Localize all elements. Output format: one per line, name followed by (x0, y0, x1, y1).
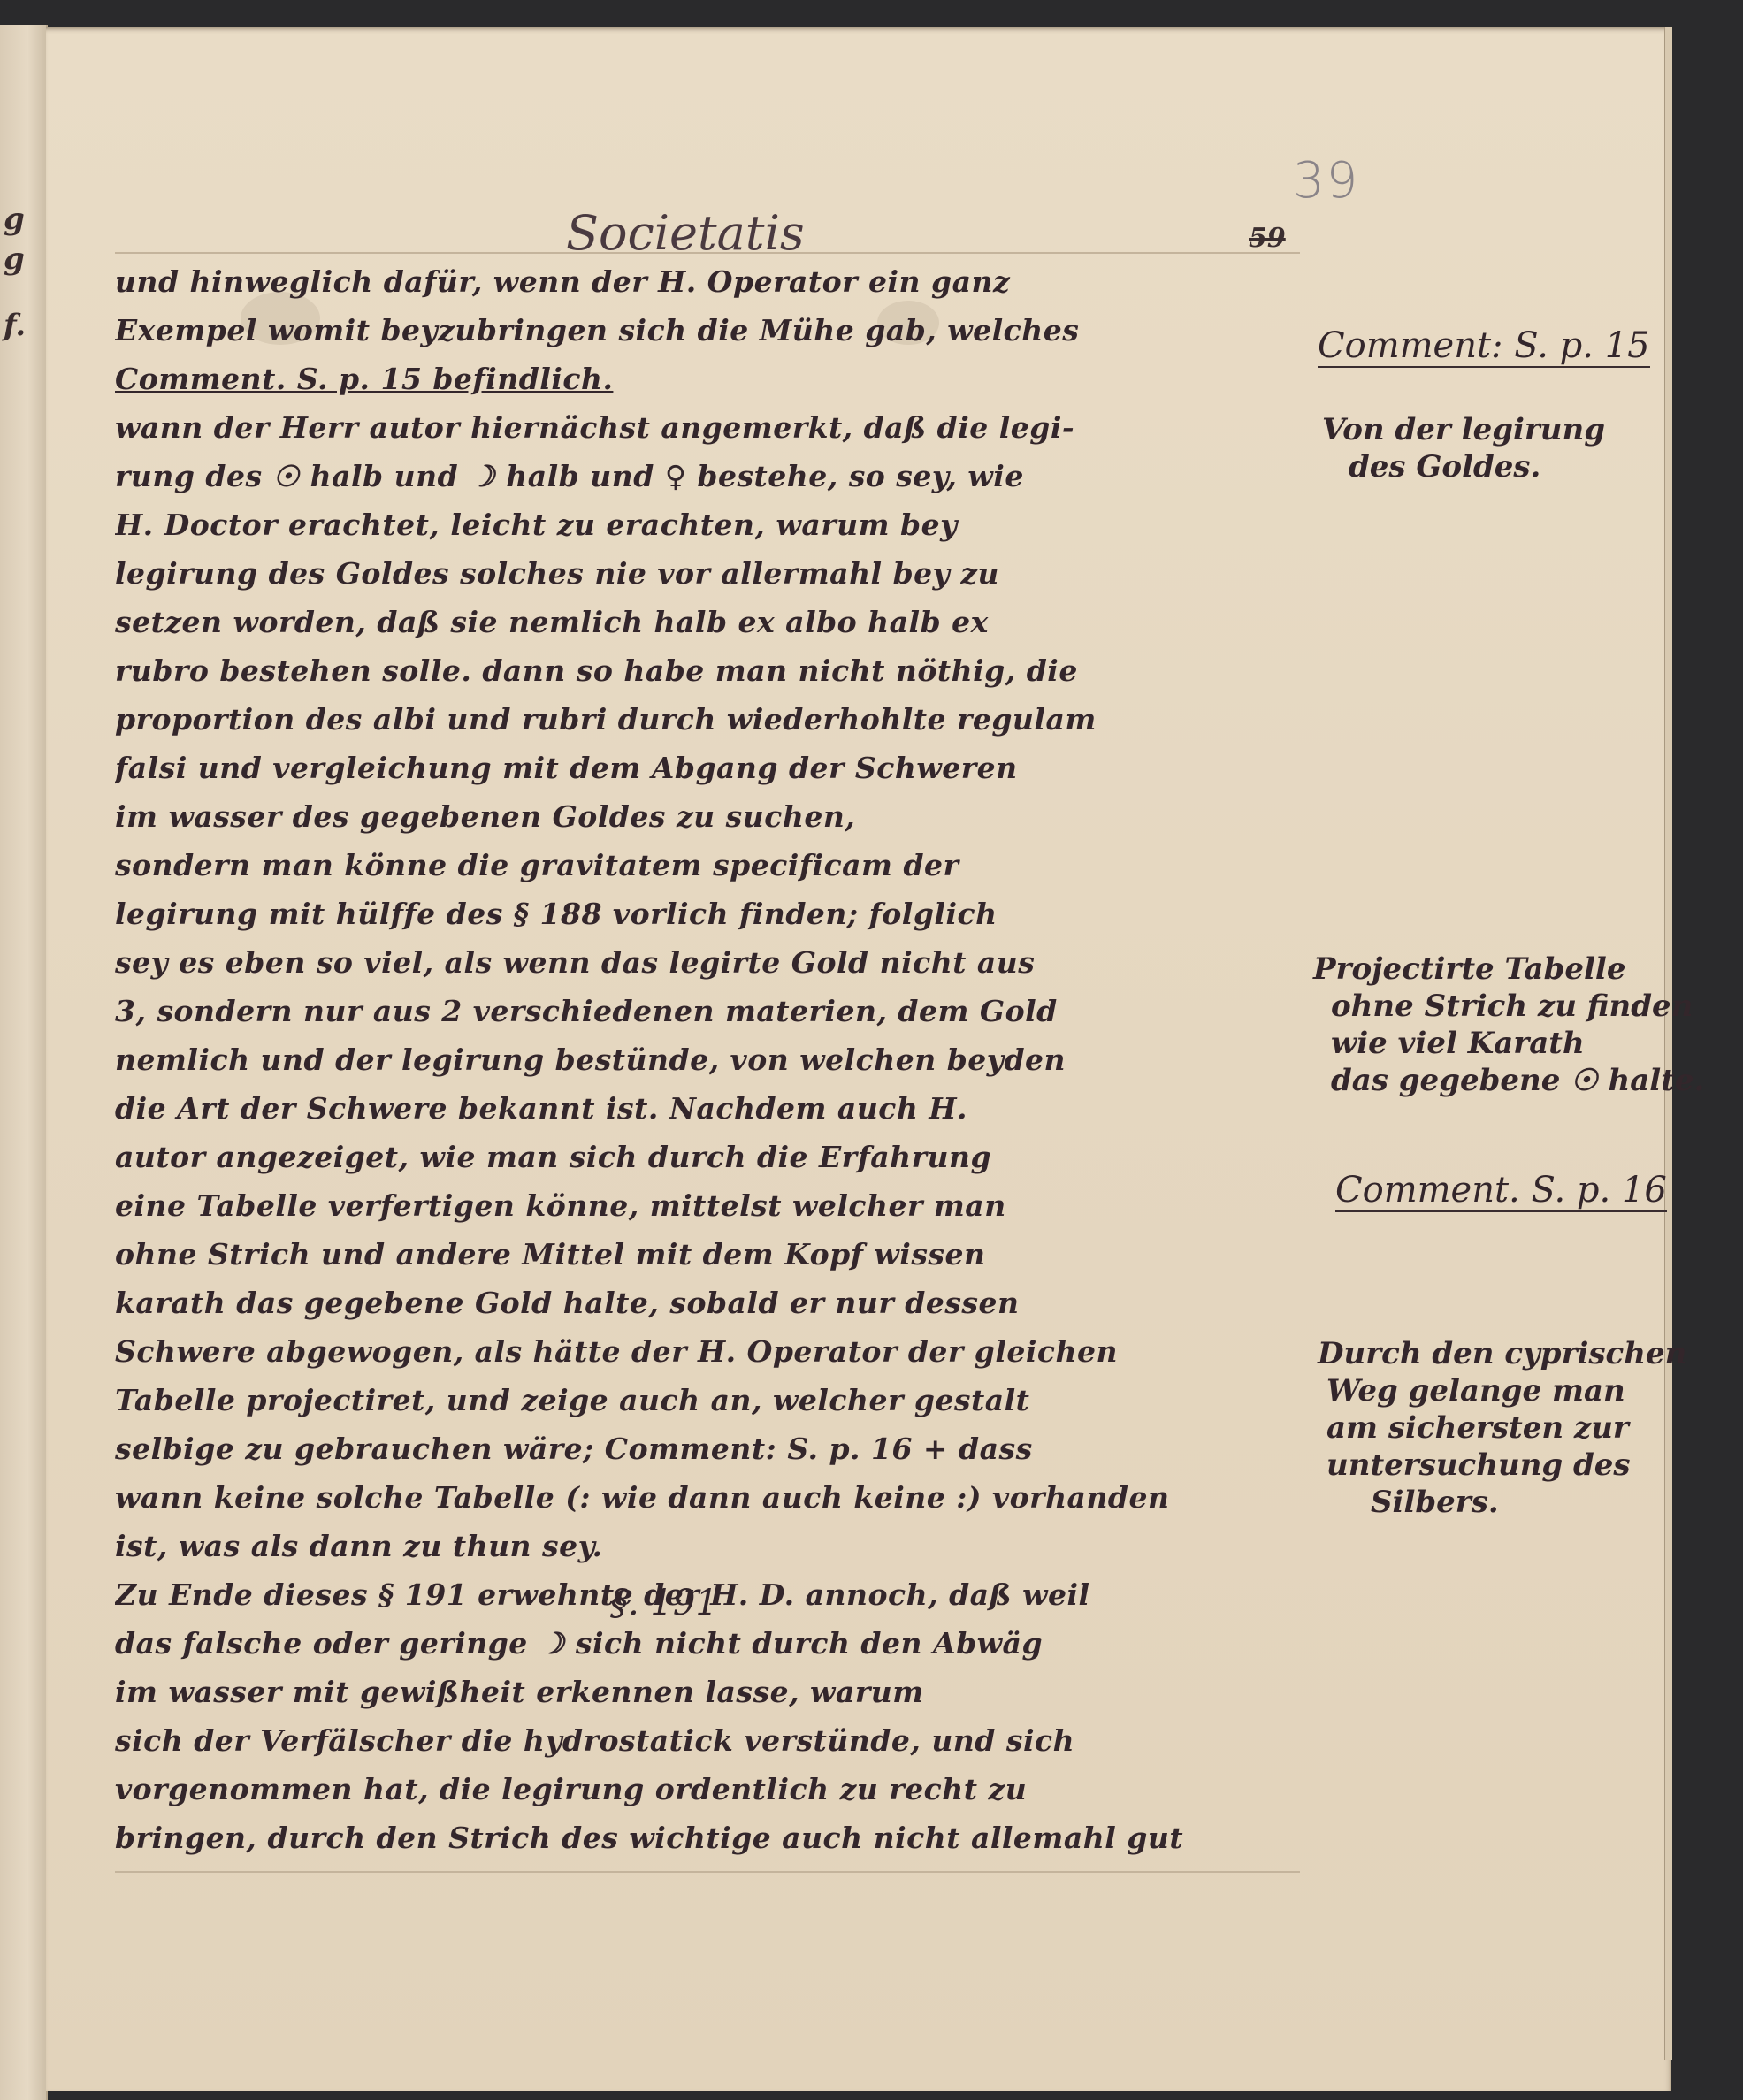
text-line: 3, sondern nur aus 2 verschiedenen mater… (115, 987, 1300, 1035)
text-line: rung des ☉ halb und ☽ halb und ♀ bestehe… (115, 452, 1300, 500)
margin-note-line: Von der legirung (1322, 411, 1605, 448)
text-line: autor angezeiget, wie man sich durch die… (115, 1133, 1300, 1181)
text-line: Schwere abgewogen, als hätte der H. Oper… (115, 1327, 1300, 1376)
margin-note-tabelle: Projectirte Tabelle ohne Strich zu finde… (1313, 951, 1704, 1099)
text-line: H. Doctor erachtet, leicht zu erachten, … (115, 500, 1300, 549)
margin-note-line: Silbers. (1318, 1484, 1686, 1521)
facing-page-edge: g g f. (0, 25, 48, 2100)
text-line: selbige zu gebrauchen wäre; Comment: S. … (115, 1424, 1300, 1473)
text-line: ist, was als dann zu thun sey. (115, 1522, 1300, 1570)
text-line: proportion des albi und rubri durch wied… (115, 695, 1300, 744)
margin-note-line: des Goldes. (1322, 448, 1605, 485)
main-text-block: und hinweglich dafür, wenn der H. Operat… (115, 252, 1300, 1873)
margin-note-line: untersuchung des (1318, 1447, 1686, 1484)
text-line: das falsche oder geringe ☽ sich nicht du… (115, 1619, 1300, 1668)
margin-note-line: am sichersten zur (1318, 1409, 1686, 1447)
folio-number: 39 (1293, 152, 1359, 210)
text-line: karath das gegebene Gold halte, sobald e… (115, 1279, 1300, 1327)
margin-note-line: das gegebene ☉ halte. (1313, 1062, 1704, 1099)
original-page-number: 59 (1249, 223, 1286, 254)
text-line: im wasser mit gewißheit erkennen lasse, … (115, 1668, 1300, 1716)
text-line: ohne Strich und andere Mittel mit dem Ko… (115, 1230, 1300, 1279)
text-line: im wasser des gegebenen Goldes zu suchen… (115, 792, 1300, 841)
text-line: sondern man könne die gravitatem specifi… (115, 841, 1300, 890)
text-line: Exempel womit beyzubringen sich die Mühe… (115, 306, 1300, 355)
text-line: rubro bestehen solle. dann so habe man n… (115, 646, 1300, 695)
margin-note-line: Projectirte Tabelle (1313, 951, 1704, 988)
text-line: Comment. S. p. 15 befindlich. (115, 355, 1300, 403)
text-line: legirung mit hülffe des § 188 vorlich fi… (115, 890, 1300, 938)
facing-page-fragment: f. (4, 308, 26, 343)
text-line: Tabelle projectiret, und zeige auch an, … (115, 1376, 1300, 1424)
text-line: nemlich und der legirung bestünde, von w… (115, 1035, 1300, 1084)
margin-note-cyprisch: Durch den cyprischen Weg gelange man am … (1318, 1335, 1686, 1521)
text-line: bringen, durch den Strich des wichtige a… (115, 1814, 1300, 1862)
text-line: falsi und vergleichung mit dem Abgang de… (115, 744, 1300, 792)
text-line: legirung des Goldes solches nie vor alle… (115, 549, 1300, 598)
margin-note-legirung: Von der legirung des Goldes. (1322, 411, 1605, 485)
facing-page-fragment: g (4, 241, 25, 277)
margin-reference-p16: Comment. S. p. 16 (1335, 1172, 1667, 1212)
text-line: wann keine solche Tabelle (: wie dann au… (115, 1473, 1300, 1522)
text-line: die Art der Schwere bekannt ist. Nachdem… (115, 1084, 1300, 1133)
text-line: setzen worden, daß sie nemlich halb ex a… (115, 598, 1300, 646)
margin-reference-p15: Comment: S. p. 15 (1318, 327, 1650, 368)
text-line: sey es eben so viel, als wenn das legirt… (115, 938, 1300, 987)
margin-note-line: ohne Strich zu finden (1313, 988, 1704, 1025)
section-mark: §. 191 (610, 1583, 718, 1623)
text-line: vorgenommen hat, die legirung ordentlich… (115, 1765, 1300, 1814)
margin-note-line: Weg gelange man (1318, 1372, 1686, 1409)
margin-note-line: Durch den cyprischen (1318, 1335, 1686, 1372)
text-line: und hinweglich dafür, wenn der H. Operat… (115, 257, 1300, 306)
text-line: eine Tabelle verfertigen könne, mittelst… (115, 1181, 1300, 1230)
text-line: wann der Herr autor hiernächst angemerkt… (115, 403, 1300, 452)
text-line: sich der Verfälscher die hydrostatick ve… (115, 1716, 1300, 1765)
margin-note-line: wie viel Karath (1313, 1025, 1704, 1062)
facing-page-fragment: g (4, 202, 25, 237)
